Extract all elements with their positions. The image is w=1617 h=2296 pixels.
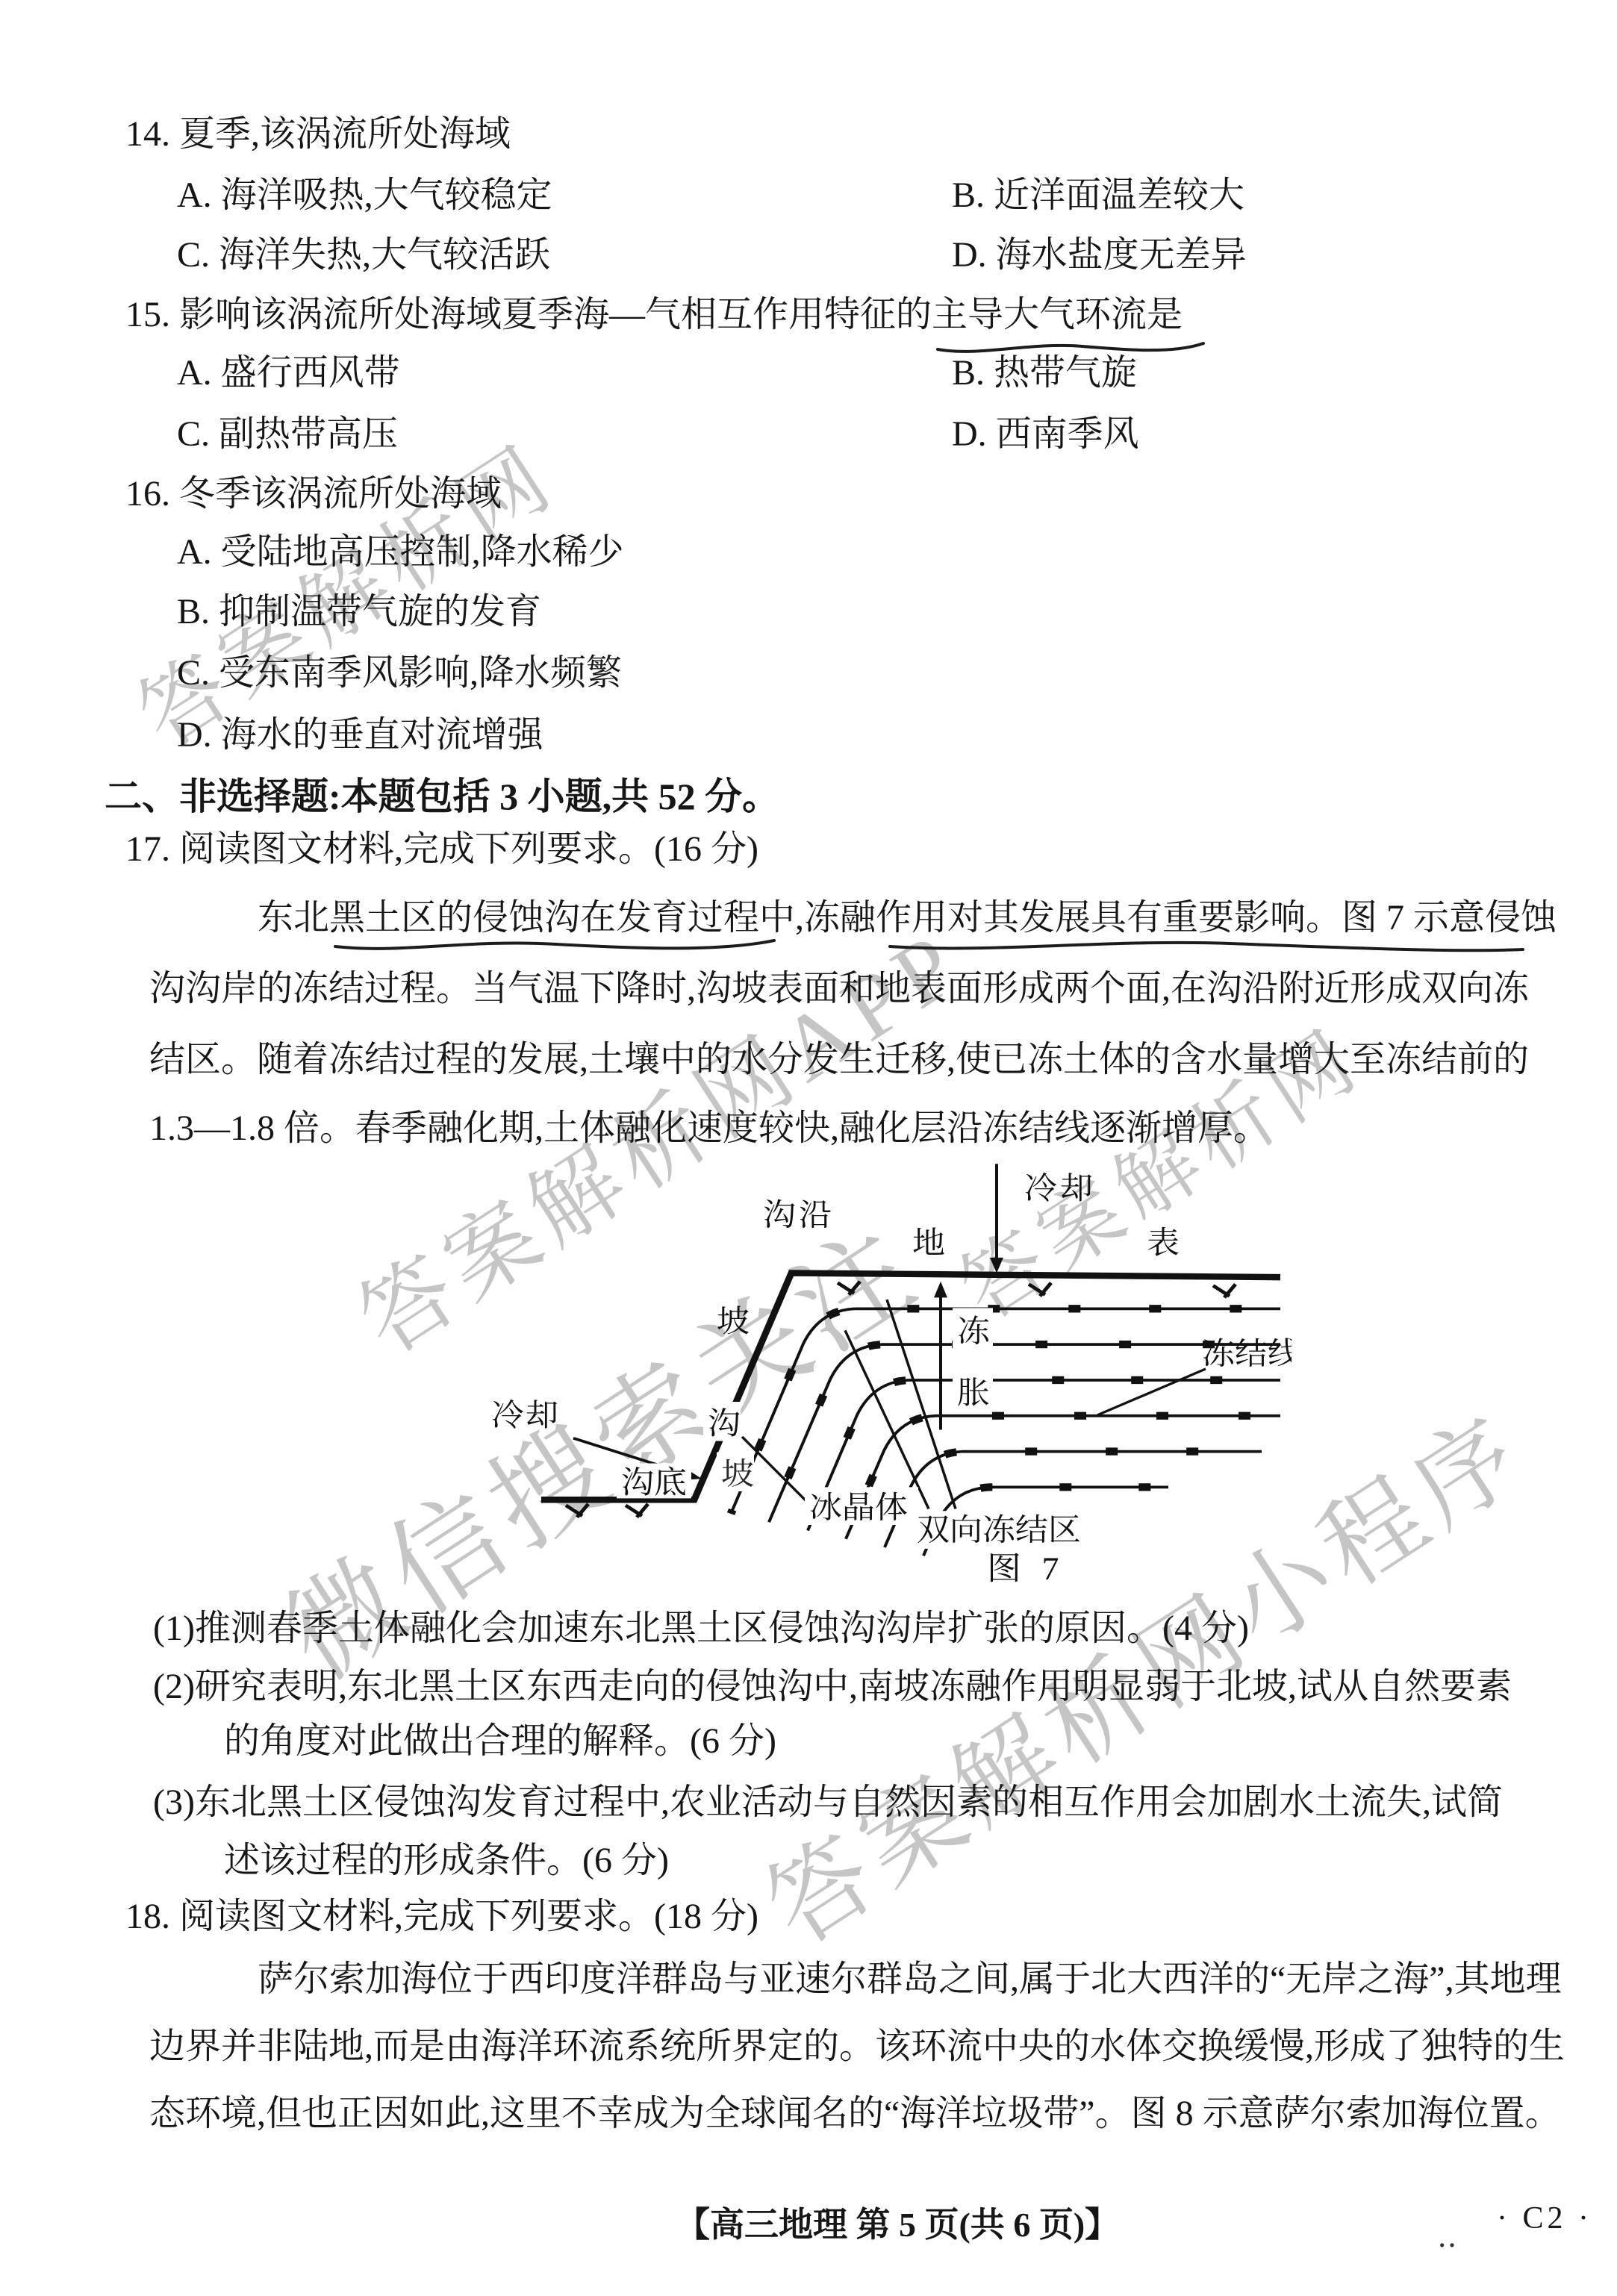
q17-sub-3-cont: 述该过程的形成条件。(6 分) [224,1838,669,1883]
q17-paragraph-line: 沟沟岸的冻结过程。当气温下降时,沟坡表面和地表面形成两个面,在沟沿附近形成双向冻 [149,967,1529,1011]
handwritten-underline [332,933,780,957]
q17-sub-3: (3)东北黑土区侵蚀沟发育过程中,农业活动与自然因素的相互作用会加剧水土流失,试… [153,1780,1503,1825]
q16-option-a: A. 受陆地高压控制,降水稀少 [177,530,624,575]
q17-sub-2: (2)研究表明,东北黑土区东西走向的侵蚀沟中,南坡冻融作用明显弱于北坡,试从自然… [153,1665,1512,1709]
q16-option-d: D. 海水的垂直对流增强 [177,713,543,758]
q18-paragraph-line: 萨尔索加海位于西印度洋群岛与亚速尔群岛之间,属于北大西洋的“无岸之海”,其地理 [258,1957,1562,2002]
q16-option-b: B. 抑制温带气旋的发育 [177,590,541,634]
q16-option-c: C. 受东南季风影响,降水频繁 [177,651,622,696]
ground-label-2: 表 [1147,1226,1180,1260]
q15-stem: 15. 影响该涡流所处海域夏季海—气相互作用特征的主导大气环流是 [125,293,1183,337]
q14-stem: 14. 夏季,该涡流所处海域 [125,112,511,157]
q14-option-b: B. 近洋面温差较大 [952,173,1244,218]
frost-label-2: 胀 [957,1376,990,1410]
q17-paragraph-line: 结区。随着冻结过程的发展,土壤中的水分发生迁移,使已冻土体的含水量增大至冻结前的 [149,1038,1529,1082]
cooling-left-label: 冷却 [491,1399,560,1432]
q18-paragraph-line: 态环境,但也正因如此,这里不幸成为全球闻名的“海洋垃圾带”。图 8 示意萨尔索加… [149,2091,1561,2136]
q15-option-c: C. 副热带高压 [177,412,398,457]
cooling-down-arrow [990,1164,1003,1273]
q18-stem: 18. 阅读图文材料,完成下列要求。(18 分) [125,1894,758,1939]
section-2-header: 二、非选择题:本题包括 3 小题,共 52 分。 [105,773,779,820]
q18-paragraph-line: 边界并非陆地,而是由海洋环流系统所界定的。该环流中央的水体交换缓慢,形成了独特的… [149,2024,1565,2069]
q15-option-d: D. 西南季风 [952,412,1139,457]
footer-dots: ‥ [1437,2218,1457,2256]
slope-char-label: 坡 [721,1458,754,1491]
q14-option-a: A. 海洋吸热,大气较稳定 [177,173,552,218]
q17-sub-2-cont: 的角度对此做出合理的解释。(6 分) [224,1719,776,1764]
gully-bottom-label: 沟底 [621,1465,687,1500]
footer-page-info: 【高三地理 第 5 页(共 6 页)】 [676,2203,1119,2247]
ice-crystal-label: 冰晶体 [809,1491,908,1525]
exam-page: 答案解析网 答案解析网APP 答案解析网 微信搜索关注 答案解析网小程序 14.… [0,0,1617,2296]
q17-paragraph-line: 1.3—1.8 倍。春季融化期,土体融化速度较快,融化层沿冻结线逐渐增厚。 [149,1106,1269,1151]
handwritten-underline [887,935,1529,961]
figure-caption: 图 7 [987,1550,1065,1586]
q15-option-b: B. 热带气旋 [952,351,1137,396]
cooling-top-label: 冷却 [1024,1172,1096,1205]
bidirectional-zone-label: 双向冻结区 [917,1514,1081,1547]
q16-stem: 16. 冬季该涡流所处海域 [125,472,502,517]
freeze-line-pointer [1097,1369,1206,1415]
gully-edge-label: 沟沿 [763,1199,835,1232]
frost-label-1: 冻 [957,1315,991,1349]
figure-7-freeze-diagram: 冷却 沟沿 地 表 坡 冷却 冻 胀 冻结线 双向冻结区 沟 坡 沟底 冰晶体 … [470,1155,1292,1603]
footer-code: · C2 · [1497,2199,1592,2239]
slope-top-label: 坡 [717,1305,750,1338]
q15-option-a: A. 盛行西风带 [177,351,400,396]
bidirectional-zone-pointer [887,1300,956,1509]
ground-label-1: 地 [912,1226,945,1260]
q17-stem: 17. 阅读图文材料,完成下列要求。(16 分) [125,827,758,872]
gully-char-label: 沟 [708,1407,741,1441]
q14-option-c: C. 海洋失热,大气较活跃 [177,233,550,278]
freeze-line-label: 冻结线 [1202,1338,1292,1371]
q14-option-d: D. 海水盐度无差异 [952,233,1247,278]
frost-heave-up-arrow [934,1282,947,1430]
q17-sub-1: (1)推测春季土体融化会加速东北黑土区侵蚀沟沟岸扩张的原因。(4 分) [153,1606,1249,1651]
